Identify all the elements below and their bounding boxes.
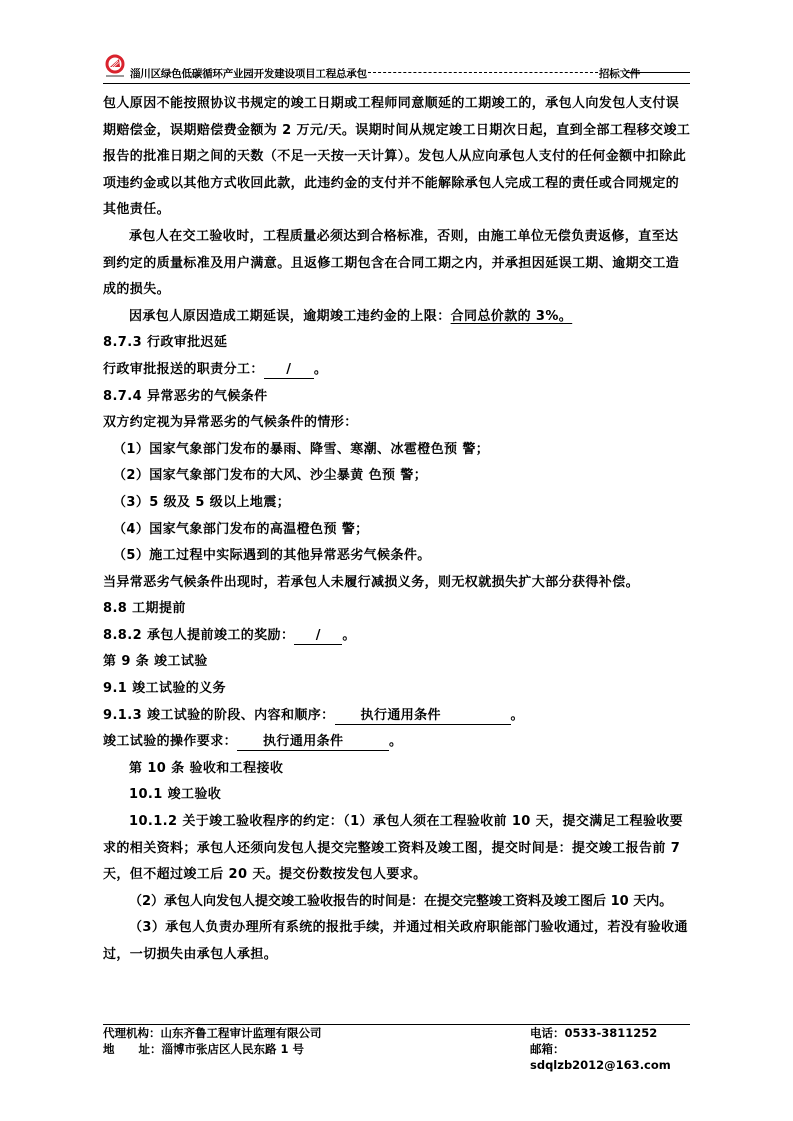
section-10-1-2-item-2: （2）承包人向发包人提交竣工验收报告的时间是：在提交完整竣工资料及竣工图后 10… [103,889,691,916]
section-8-7-3-text: 行政审批报送的职责分工：/。 [103,357,691,384]
doc-type: 招标文件 [599,68,640,80]
article-10-title: 第 10 条 验收和工程接收 [103,756,691,783]
weather-item-4: （4）国家气象部门发布的高温橙色预 警； [103,517,691,544]
weather-item-3: （3）5 级及 5 级以上地震； [103,490,691,517]
period: 。 [511,708,524,723]
penalty-cap-value: 合同总价款的 3%。 [451,309,573,324]
page-header: 淄川区绿色低碳循环产业园开发建设项目工程总承包招标文件 [103,54,690,84]
section-8-8-2-text: 8.8.2 承包人提前竣工的奖励：/。 [103,623,691,650]
phone-value: 0533-3811252 [565,1026,658,1040]
address-info: 地 址：淄博市张店区人民东路 1 号 [103,1041,304,1073]
company-logo-icon [103,54,127,80]
email-value: sdqlzb2012@163.com [530,1058,671,1072]
section-10-1-title: 10.1 竣工验收 [103,782,691,809]
section-8-8-title: 8.8 工期提前 [103,596,691,623]
test-stage-label: 9.1.3 竣工试验的阶段、内容和顺序： [103,708,335,723]
section-8-7-4-title: 8.7.4 异常恶劣的气候条件 [103,384,691,411]
section-10-1-2-item-3: （3）承包人负责办理所有系统的报批手续，并通过相关政府职能部门验收通过，若没有验… [103,915,691,968]
footer-row-1: 代理机构：山东齐鲁工程审计监理有限公司 电话：0533-3811252 [103,1025,690,1041]
section-9-1-3-text: 9.1.3 竣工试验的阶段、内容和顺序：执行通用条件。 [103,703,691,730]
test-operation-text: 竣工试验的操作要求：执行通用条件。 [103,729,691,756]
penalty-cap-label: 因承包人原因造成工期延误，逾期竣工违约金的上限： [129,309,451,324]
approval-duty-label: 行政审批报送的职责分工： [103,362,264,377]
early-completion-label: 8.8.2 承包人提前竣工的奖励： [103,628,294,643]
header-title: 淄川区绿色低碳循环产业园开发建设项目工程总承包招标文件 [130,66,640,81]
section-8-7-4-intro: 双方约定视为异常恶劣的气候条件的情形： [103,410,691,437]
header-rule [103,83,690,84]
approval-duty-value: / [264,362,314,379]
weather-note: 当异常恶劣气候条件出现时，若承包人未履行减损义务，则无权就损失扩大部分获得补偿。 [103,570,691,597]
document-body: 包人原因不能按照协议书规定的竣工日期或工程师同意顺延的工期竣工的，承包人向发包人… [103,91,691,969]
section-10-1-2-text: 10.1.2 关于竣工验收程序的约定：（1）承包人须在工程验收前 10 天，提交… [103,809,691,889]
period: 。 [342,628,355,643]
weather-item-2: （2）国家气象部门发布的大风、沙尘暴黄 色预 警； [103,463,691,490]
test-stage-value: 执行通用条件 [335,708,511,725]
address-label: 地 址： [103,1042,162,1056]
agency-label: 代理机构： [103,1026,161,1040]
page-footer: 代理机构：山东齐鲁工程审计监理有限公司 电话：0533-3811252 地 址：… [103,1024,690,1073]
weather-item-1: （1）国家气象部门发布的暴雨、降雪、寒潮、冰雹橙色预 警； [103,437,691,464]
early-completion-value: / [294,628,342,645]
test-operation-value-text: 执行通用条件 [237,734,343,749]
address-value: 淄博市张店区人民东路 1 号 [162,1042,305,1056]
email-label: 邮箱： [530,1042,565,1056]
paragraph-penalty-cap: 因承包人原因造成工期延误，逾期竣工违约金的上限：合同总价款的 3%。 [103,304,691,331]
paragraph-quality-standard: 承包人在交工验收时，工程质量必须达到合格标准，否则，由施工单位无偿负责返修，直至… [103,224,691,304]
test-operation-label: 竣工试验的操作要求： [103,734,237,749]
agency-value: 山东齐鲁工程审计监理有限公司 [161,1026,322,1040]
section-8-7-3-title: 8.7.3 行政审批迟延 [103,330,691,357]
paragraph-delay-compensation: 包人原因不能按照协议书规定的竣工日期或工程师同意顺延的工期竣工的，承包人向发包人… [103,91,691,224]
footer-row-2: 地 址：淄博市张店区人民东路 1 号 邮箱：sdqlzb2012@163.com [103,1041,690,1073]
period: 。 [389,734,402,749]
email-info: 邮箱：sdqlzb2012@163.com [530,1041,690,1073]
weather-item-5: （5）施工过程中实际遇到的其他异常恶劣气候条件。 [103,543,691,570]
test-stage-value-text: 执行通用条件 [335,708,441,723]
article-9-title: 第 9 条 竣工试验 [103,649,691,676]
header-short-rule [626,72,690,73]
section-9-1-title: 9.1 竣工试验的义务 [103,676,691,703]
header-dash-separator [368,72,598,73]
period: 。 [314,362,327,377]
phone-label: 电话： [530,1026,565,1040]
project-name: 淄川区绿色低碳循环产业园开发建设项目工程总承包 [130,68,367,80]
agency-info: 代理机构：山东齐鲁工程审计监理有限公司 [103,1025,322,1041]
test-operation-value: 执行通用条件 [237,734,389,751]
phone-info: 电话：0533-3811252 [530,1025,690,1041]
